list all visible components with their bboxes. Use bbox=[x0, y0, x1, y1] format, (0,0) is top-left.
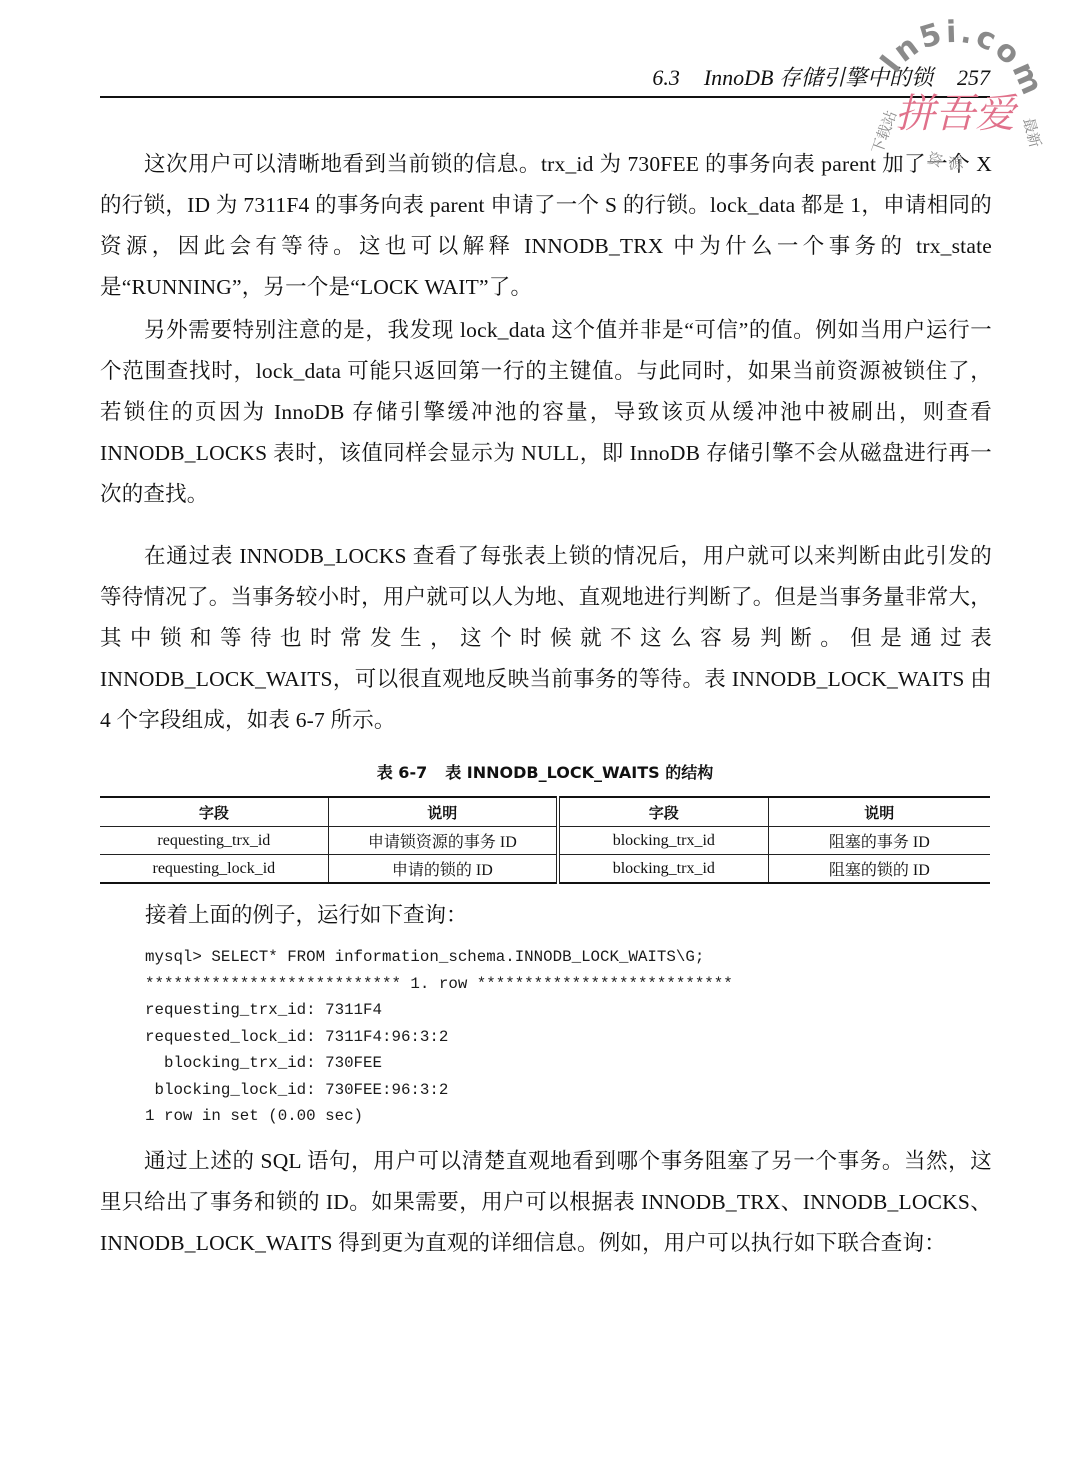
table-cell-description: 申请的锁的 ID bbox=[328, 855, 558, 884]
watermark-right-text: 最新 bbox=[1019, 116, 1044, 150]
table-cell-field: blocking_trx_id bbox=[558, 855, 768, 884]
header-section-title: InnoDB 存储引擎中的锁 bbox=[704, 65, 933, 90]
table-header-description: 说明 bbox=[328, 797, 558, 827]
query-intro-text: 接着上面的例子，运行如下查询： bbox=[145, 897, 468, 933]
table-header-row: 字段 说明 字段 说明 bbox=[100, 797, 990, 827]
running-header: 6.3InnoDB 存储引擎中的锁257 bbox=[100, 62, 990, 98]
table-row: requesting_trx_id 申请锁资源的事务 ID blocking_t… bbox=[100, 827, 990, 855]
table-caption-label: 表 6-7 bbox=[377, 763, 427, 782]
table-header-field: 字段 bbox=[558, 797, 768, 827]
table-cell-field: requesting_trx_id bbox=[100, 827, 328, 855]
table-row: requesting_lock_id 申请的锁的 ID blocking_trx… bbox=[100, 855, 990, 884]
table-cell-description: 阻塞的锁的 ID bbox=[768, 855, 990, 884]
sql-code-block: mysql> SELECT* FROM information_schema.I… bbox=[145, 944, 733, 1130]
table-caption-title: 表 INNODB_LOCK_WAITS 的结构 bbox=[445, 763, 713, 782]
lock-waits-structure-table: 字段 说明 字段 说明 requesting_trx_id 申请锁资源的事务 I… bbox=[100, 796, 990, 884]
table-header-field: 字段 bbox=[100, 797, 328, 827]
header-section-number: 6.3 bbox=[652, 65, 680, 90]
table-cell-field: requesting_lock_id bbox=[100, 855, 328, 884]
page-number: 257 bbox=[957, 65, 990, 90]
paragraph-lock-waits-intro: 在通过表 INNODB_LOCKS 查看了每张表上锁的情况后，用户就可以来判断由… bbox=[100, 536, 992, 741]
table-cell-field: blocking_trx_id bbox=[558, 827, 768, 855]
table-cell-description: 申请锁资源的事务 ID bbox=[328, 827, 558, 855]
paragraph-lock-info: 这次用户可以清晰地看到当前锁的信息。trx_id 为 730FEE 的事务向表 … bbox=[100, 144, 992, 308]
paragraph-lock-data-note: 另外需要特别注意的是，我发现 lock_data 这个值并非是“可信”的值。例如… bbox=[100, 310, 992, 515]
table-caption: 表 6-7表 INNODB_LOCK_WAITS 的结构 bbox=[100, 762, 990, 784]
table-header-description: 说明 bbox=[768, 797, 990, 827]
paragraph-closing: 通过上述的 SQL 语句，用户可以清楚直观地看到哪个事务阻塞了另一个事务。当然，… bbox=[100, 1141, 992, 1264]
table-cell-description: 阻塞的事务 ID bbox=[768, 827, 990, 855]
